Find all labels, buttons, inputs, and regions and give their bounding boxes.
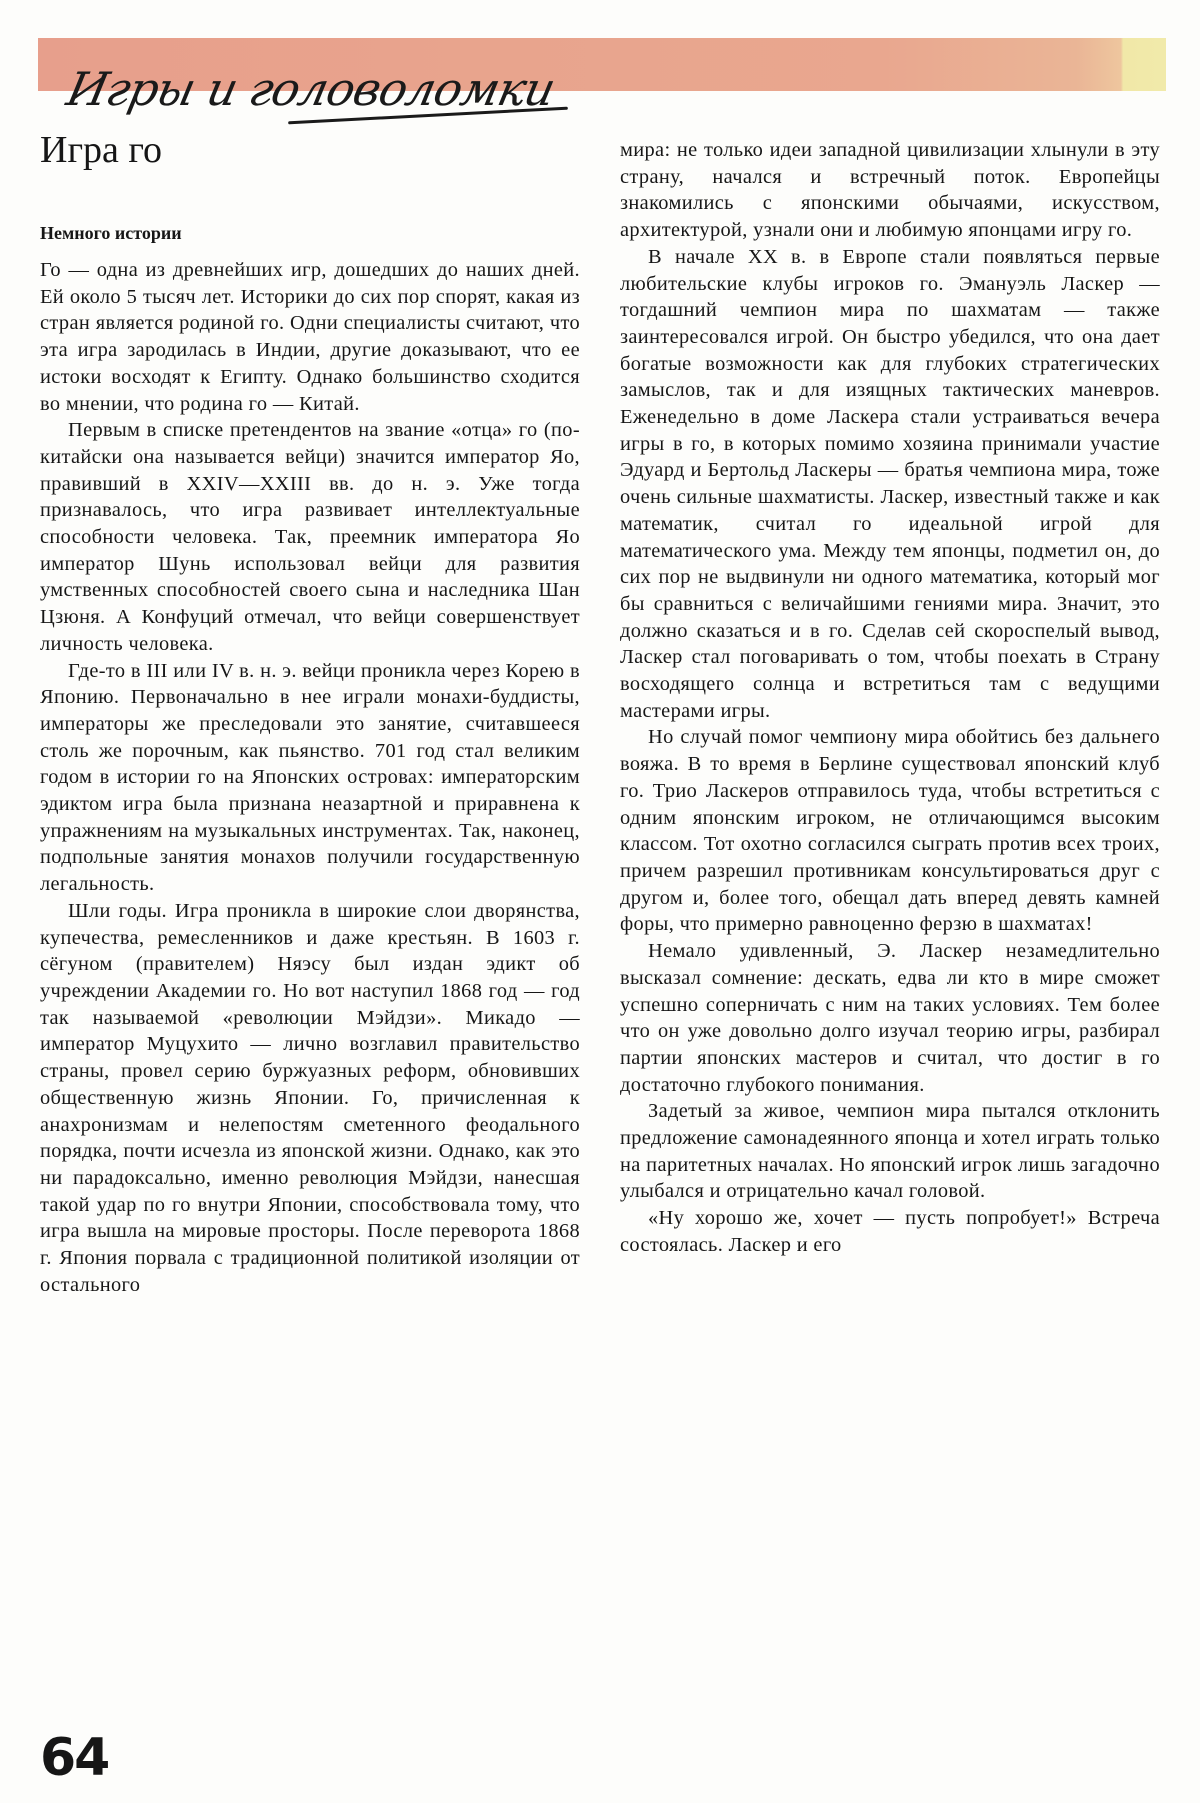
paragraph: Первым в списке претендентов на звание «…	[40, 417, 580, 657]
page-number: 64	[40, 1728, 108, 1788]
paragraph: Задетый за живое, чемпион мира пытался о…	[620, 1098, 1160, 1205]
article-title: Игра го	[40, 128, 162, 172]
paragraph: В начале XX в. в Европе стали появляться…	[620, 244, 1160, 725]
right-column: мира: не только идеи западной цивилизаци…	[620, 137, 1160, 1259]
paragraph: Го — одна из древнейших игр, дошедших до…	[40, 257, 580, 417]
left-column: Го — одна из древнейших игр, дошедших до…	[40, 257, 580, 1298]
paragraph: мира: не только идеи западной цивилизаци…	[620, 137, 1160, 244]
paragraph: Но случай помог чемпиону мира обойтись б…	[620, 724, 1160, 938]
paragraph: «Ну хорошо же, хочет — пусть попробует!»…	[620, 1205, 1160, 1258]
article-subheading: Немного истории	[40, 223, 182, 244]
paragraph: Немало удивленный, Э. Ласкер незамедлите…	[620, 938, 1160, 1098]
paragraph: Где-то в III или IV в. н. э. вейци прони…	[40, 658, 580, 898]
section-banner: Игры и головоломки	[38, 38, 1166, 91]
paragraph: Шли годы. Игра проникла в широкие слои д…	[40, 898, 580, 1299]
section-title-script: Игры и головоломки	[62, 62, 559, 116]
